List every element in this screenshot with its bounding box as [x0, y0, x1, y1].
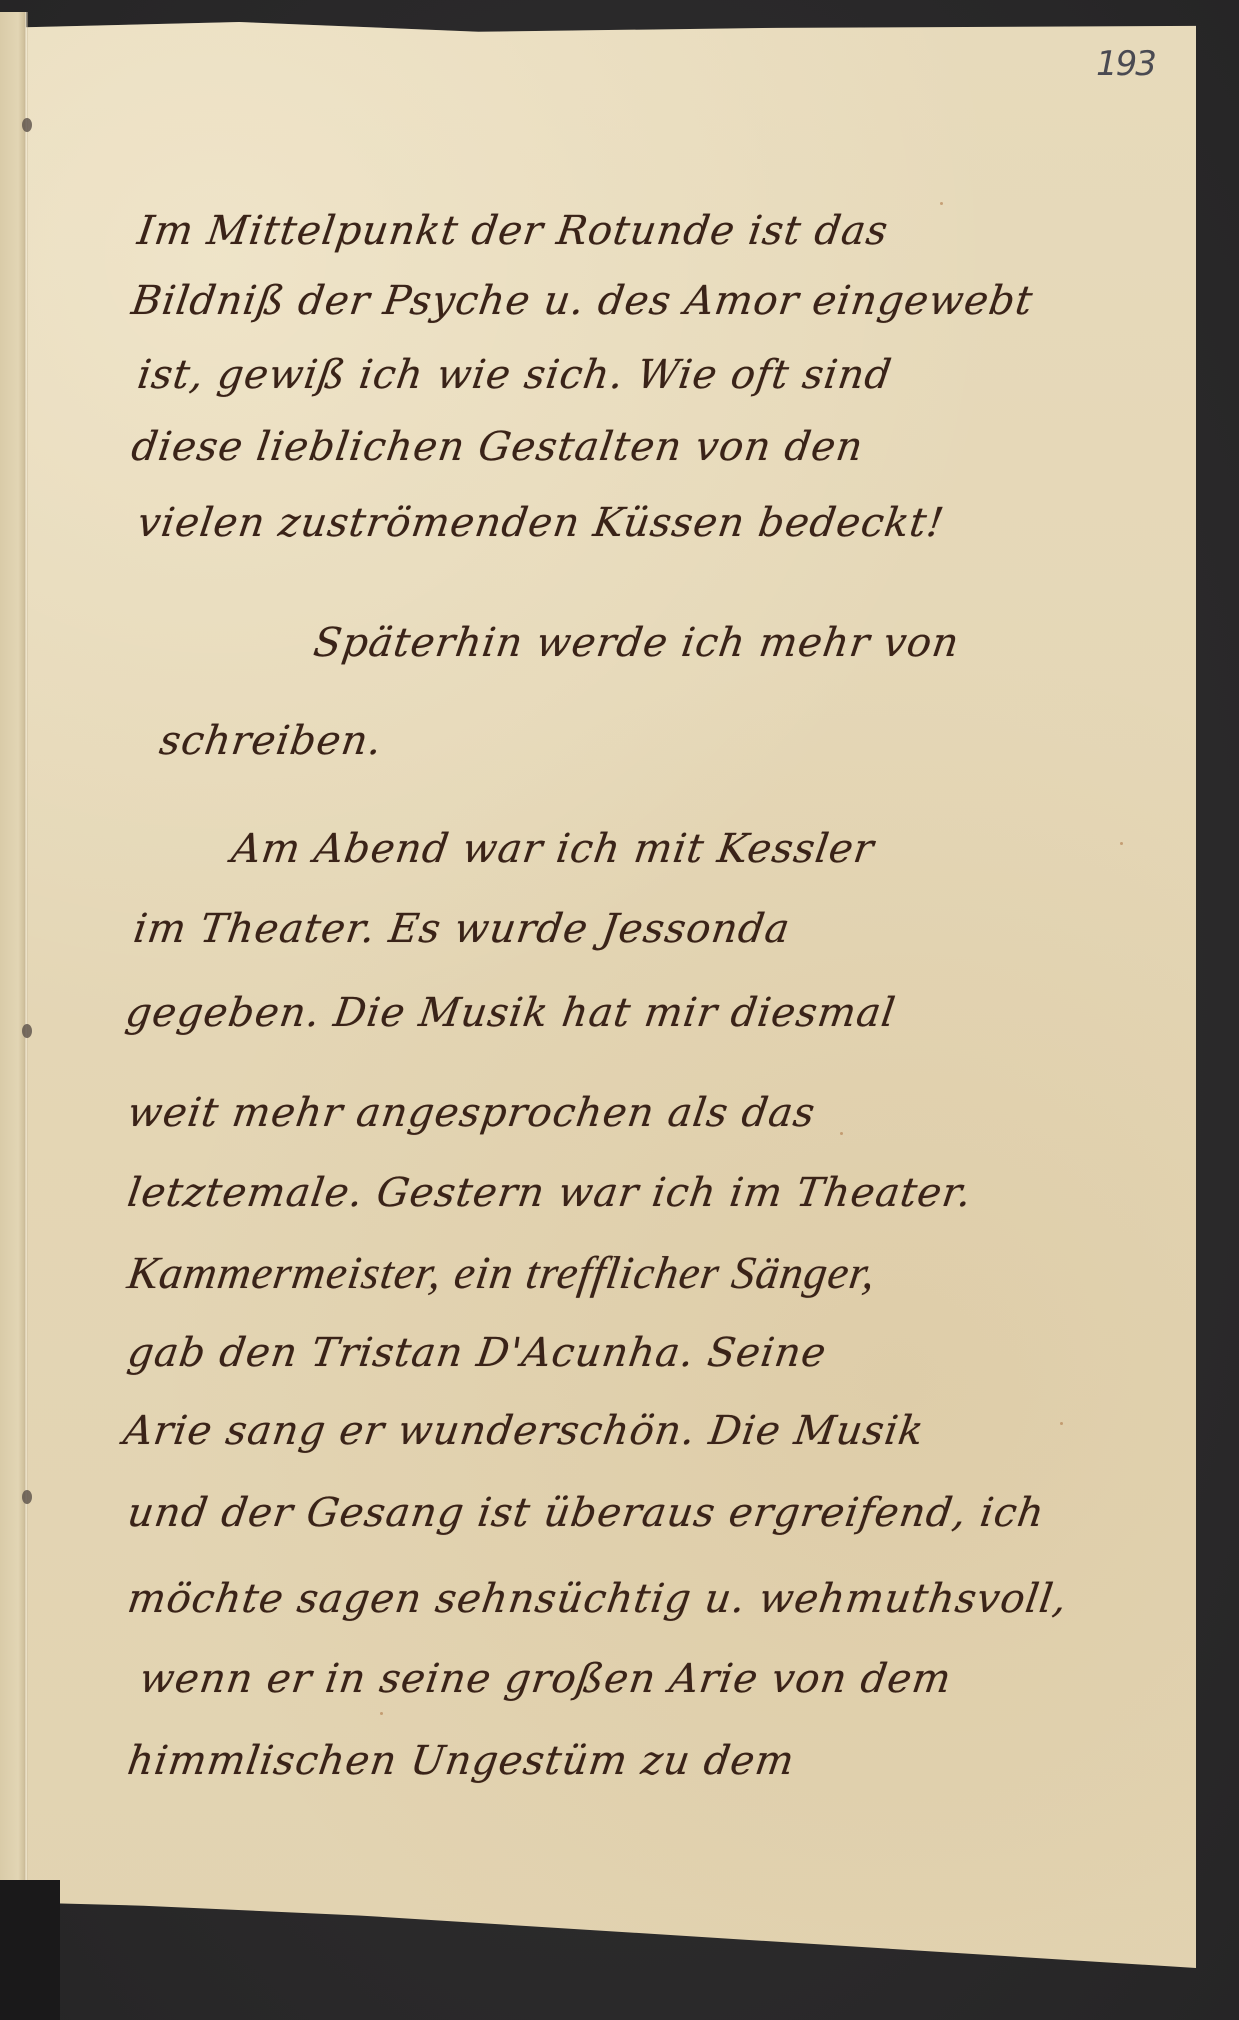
manuscript-line-14: gab den Tristan D'Acunha. Seine — [125, 1330, 830, 1376]
manuscript-line-3: ist, gewiß ich wie sich. Wie oft sind — [135, 352, 895, 398]
binding-hole — [22, 118, 32, 132]
manuscript-line-10: gegeben. Die Musik hat mir diesmal — [123, 990, 899, 1036]
folio-number: 193 — [1096, 44, 1155, 84]
manuscript-line-2: Bildniß der Psyche u. des Amor eingewebt — [129, 278, 1036, 324]
manuscript-line-5: vielen zuströmenden Küssen bedeckt! — [135, 500, 948, 546]
manuscript-line-18: wenn er in seine großen Arie von dem — [137, 1656, 955, 1702]
manuscript-line-19: himmlischen Ungestüm zu dem — [125, 1738, 798, 1784]
manuscript-line-8: Am Abend war ich mit Kessler — [229, 826, 877, 872]
binding-hole — [22, 1490, 32, 1504]
manuscript-line-12: letztemale. Gestern war ich im Theater. — [125, 1170, 975, 1216]
manuscript-line-15: Arie sang er wunderschön. Die Musik — [121, 1408, 927, 1454]
paper-speck — [1120, 842, 1123, 845]
paper-speck — [1060, 1422, 1063, 1425]
paper-speck — [940, 202, 943, 205]
manuscript-line-16: und der Gesang ist überaus ergreifend, i… — [125, 1490, 1048, 1536]
manuscript-line-1: Im Mittelpunkt der Rotunde ist das — [135, 208, 891, 254]
binding-margin — [0, 12, 26, 1882]
paper-speck — [380, 1712, 383, 1715]
binding-hole — [22, 1024, 32, 1038]
paper-speck — [840, 1132, 843, 1135]
manuscript-line-7: schreiben. — [157, 718, 385, 764]
manuscript-line-9: im Theater. Es wurde Jessonda — [131, 906, 793, 952]
binding-fold — [24, 12, 28, 1892]
manuscript-line-13: Kammermeister, ein trefflicher Sänger, — [124, 1246, 879, 1299]
manuscript-line-11: weit mehr angesprochen als das — [125, 1090, 819, 1136]
manuscript-line-6: Späterhin werde ich mehr von — [311, 620, 963, 666]
manuscript-line-4: diese lieblichen Gestalten von den — [129, 424, 866, 470]
binding-shadow — [0, 1880, 60, 2020]
manuscript-line-17: möchte sagen sehnsüchtig u. wehmuthsvoll… — [125, 1576, 1070, 1622]
